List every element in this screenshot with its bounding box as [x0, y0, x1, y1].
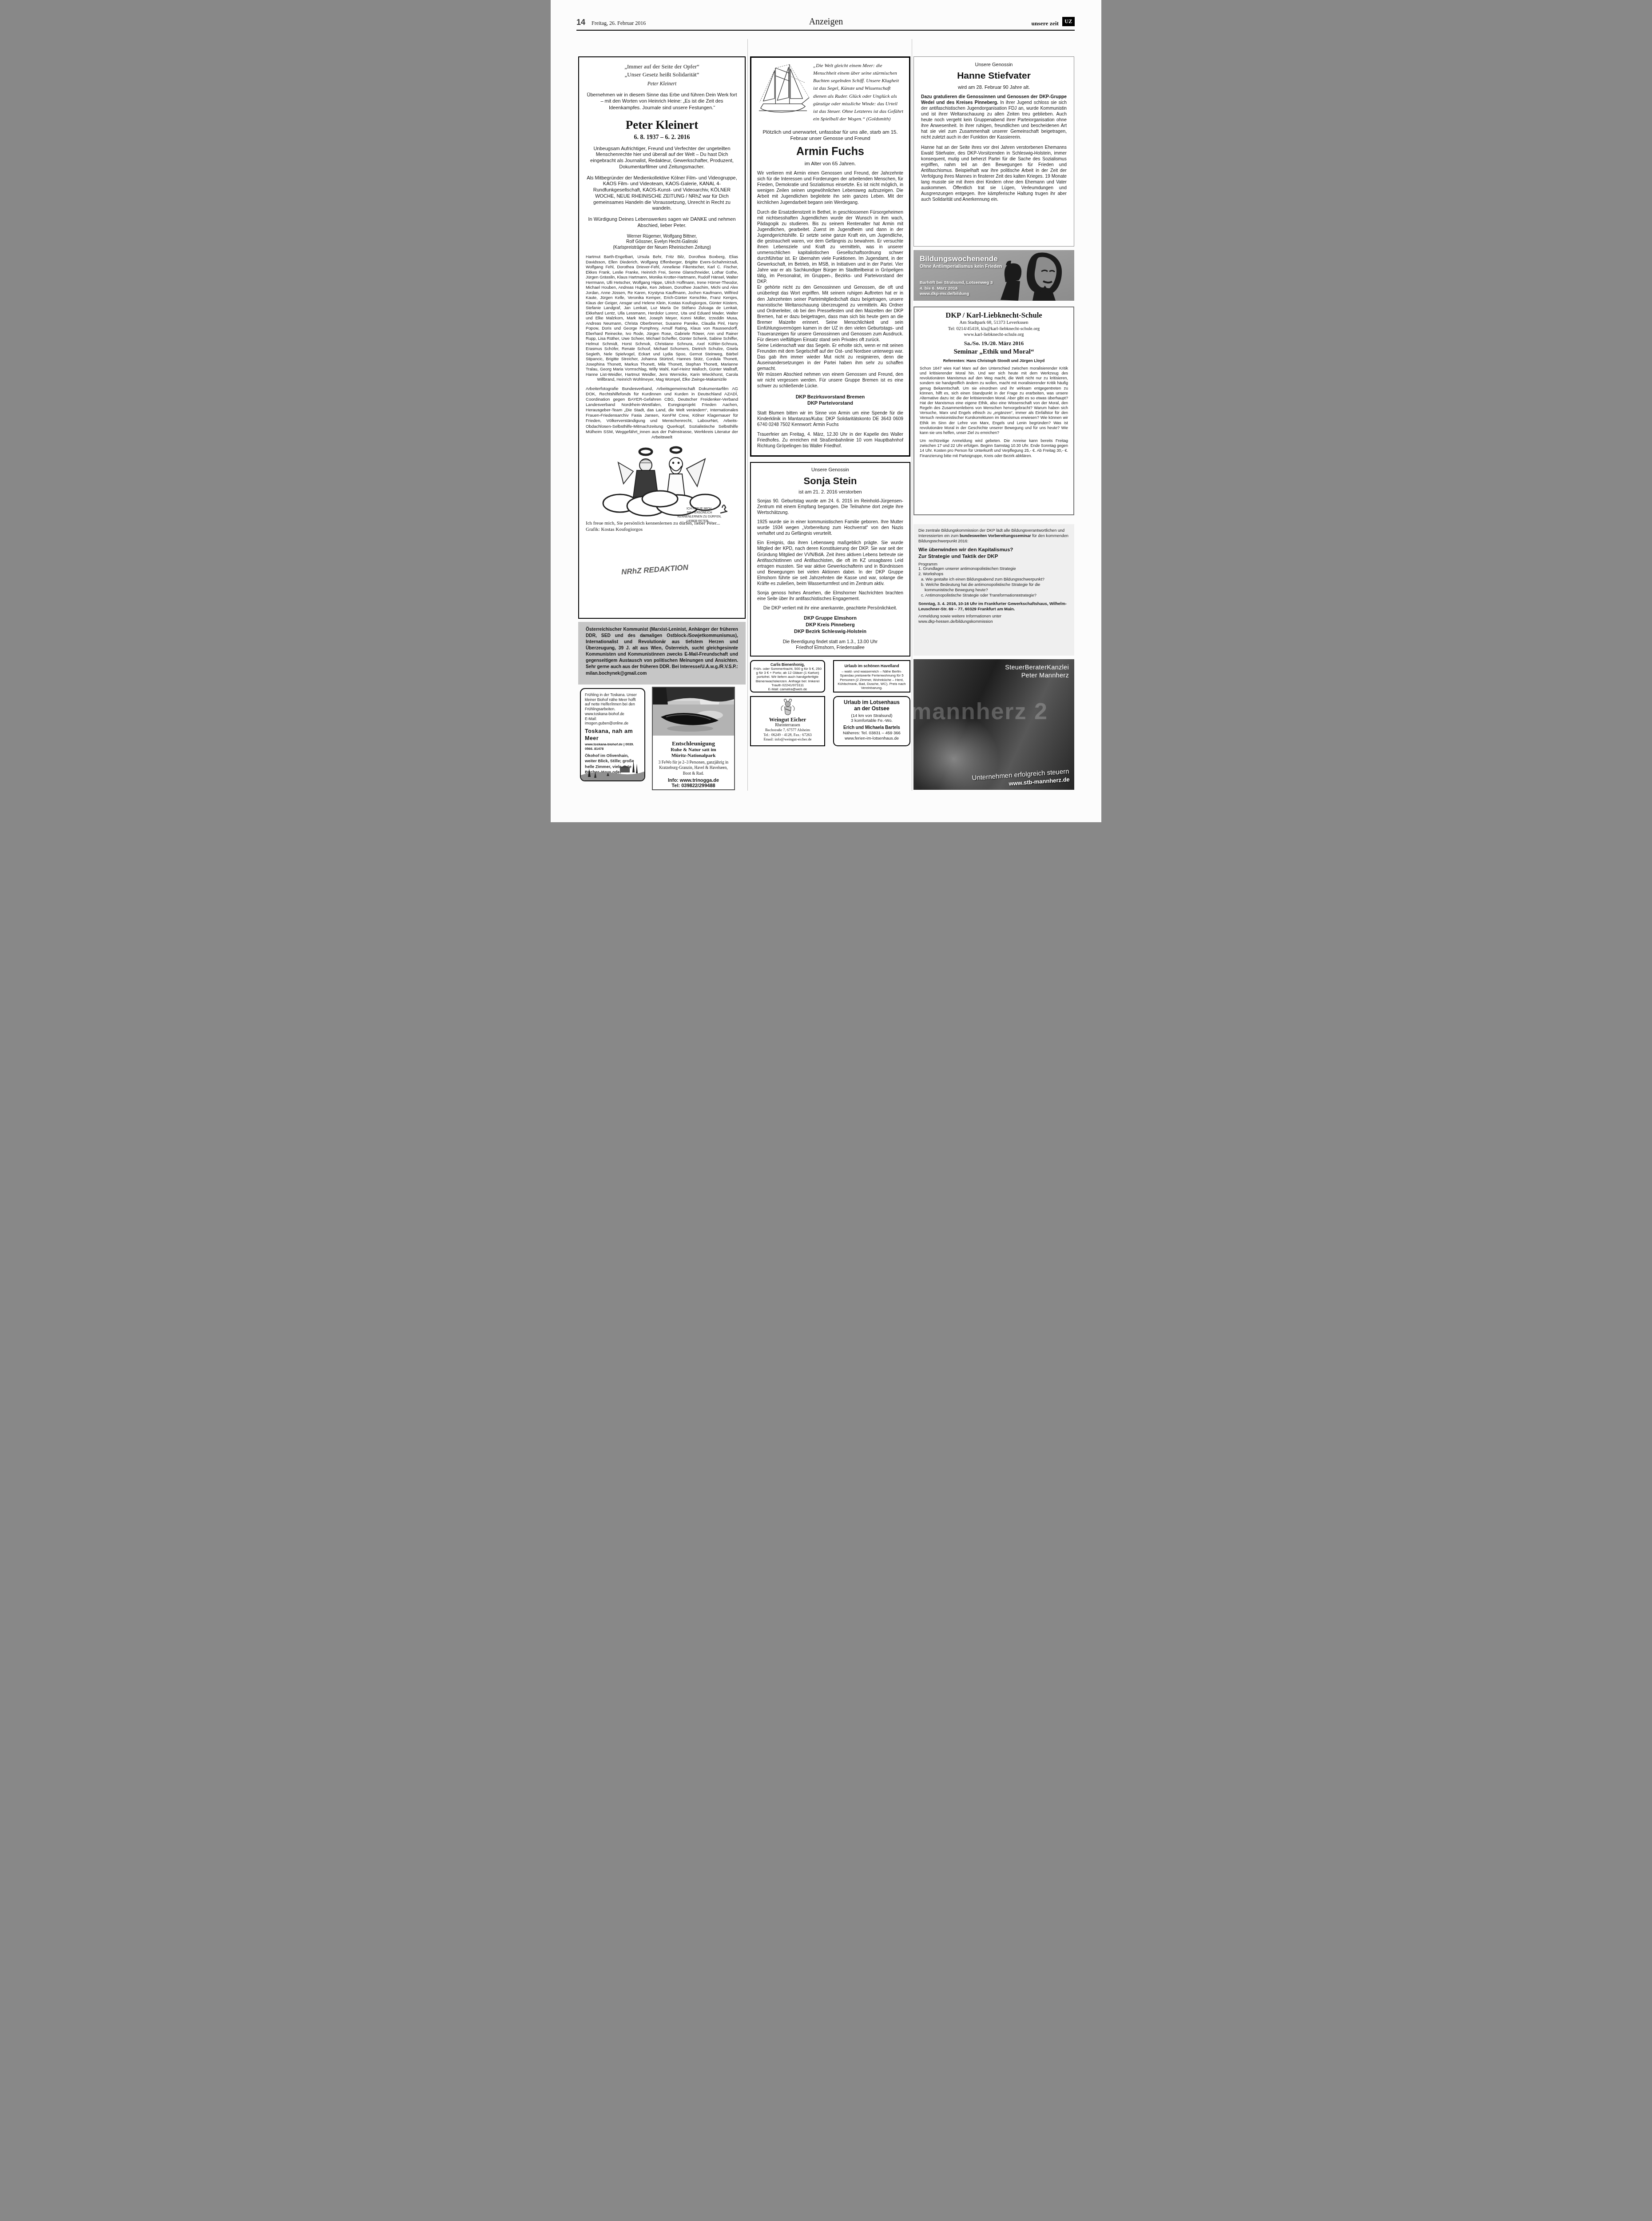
banner-url: www.dkp-mv.de/bildung: [920, 291, 993, 297]
birthday-notice-hanne-stiefvater: Unsere Genossin Hanne Stiefvater wird am…: [913, 56, 1074, 247]
contact-ad-text: Österreichischer Kommunist (Marxist-Leni…: [586, 627, 738, 677]
winery-ad: Weingut Eicher Rheinterrassen Bachstraße…: [750, 696, 825, 746]
banner-title: Bildungswochenende: [920, 255, 1002, 263]
toskana-web: www.toskana-biohof.de: [585, 712, 640, 716]
obituary-quote: „Immer auf der Seite der Opfer“: [586, 63, 738, 71]
signature-line: DKP Bezirk Schleswig-Holstein: [757, 629, 903, 635]
goldsmith-quote: „Die Welt gleicht einem Meer: die Mensch…: [813, 62, 903, 123]
kls-registration-info: Um rechtzeitige Anmeldung wird gebeten. …: [920, 438, 1068, 458]
cloud-label: NRhZ REDAKTION: [621, 563, 688, 577]
obituary-quote: „Unser Gesetz heißt Solidarität“: [586, 71, 738, 79]
brand-name: unsere zeit: [1031, 20, 1059, 27]
newspaper-page: 14 Freitag, 26. Februar 2016 Anzeigen un…: [551, 0, 1101, 822]
funeral-note: Die Beerdigung findet statt am 1.3., 13.…: [757, 639, 903, 651]
mueritz-tel: Tel: 039822/299488: [653, 783, 734, 788]
havelland-ad: Urlaub im schönen Havelland – wald- und …: [833, 660, 910, 693]
banner-date: 4. bis 6. März 2016: [920, 286, 993, 292]
kls-seminar-title: Seminar „Ethik und Moral“: [920, 348, 1068, 356]
honey-ad-title: Carlis Bienenhonig,: [754, 663, 822, 667]
lotsenhaus-web: www.ferien-im-lotsenhaus.de: [837, 736, 906, 741]
signatories-names-list: Hartmut Barth-Engelbart, Ursula Behr, Fr…: [586, 255, 738, 382]
havelland-tel: Näheres Tel./Fax: 033 231/60661: [837, 692, 906, 693]
signature-line: DKP Parteivorstand: [757, 400, 903, 406]
winery-tel: Tel.: 06249 - 4128, Fax.: 67263: [753, 732, 822, 737]
bildung-anmeldung-url: www.dkp-hessen.de/bildungskommission: [918, 619, 993, 624]
havelland-body: – wald- und wasserreich – Nähe Berlin-Sp…: [837, 669, 906, 690]
uz-logo-icon: UZ: [1062, 17, 1075, 26]
mueritz-ad: Entschleunigung Ruhe & Natur satt im Mür…: [652, 687, 735, 790]
mueritz-subtitle: Ruhe & Natur satt im: [653, 747, 734, 753]
obituary-paragraph: Durch die Ersatzdienstzeit in Bethel, in…: [757, 210, 903, 285]
header-rule: [576, 30, 1075, 31]
obituary-paragraph: Er gehörte nicht zu den Genossinnen und …: [757, 285, 903, 343]
bildung-date-location: Sonntag, 3. 4. 2016, 10-16 Uhr im Frankf…: [918, 601, 1069, 612]
obituary-intro: Übernehmen wir in diesem Sinne das Erbe …: [586, 92, 738, 111]
celebrant-name: Hanne Stiefvater: [921, 71, 1067, 81]
havelland-title: Urlaub im schönen Havelland: [837, 664, 906, 668]
notice-super: Unsere Genossin: [921, 62, 1067, 68]
toskana-intro: Frühling in der Toskana. Unser kleiner B…: [585, 693, 640, 712]
obituary-paragraph: Ein Ereignis, das ihren Lebensweg maßgeb…: [757, 540, 903, 587]
signatories-organisations: Arbeiterfotografie Bundesverband, Arbeit…: [586, 386, 738, 440]
winery-email: Email: info@weingut-eicher.de: [753, 737, 822, 742]
mueritz-subtitle: Müritz-Nationalpark: [653, 753, 734, 759]
bildung-intro-bold: bundesweiten Vorbereitungsseminar: [960, 533, 1031, 538]
lotsenhaus-title: Urlaub im Lotsenhaus: [837, 700, 906, 706]
deceased-name: Sonja Stein: [757, 475, 903, 487]
lotsenhaus-line: 3 komfortable Fe.-Wo.: [837, 718, 906, 723]
program-item: 2. Workshops: [918, 572, 1069, 577]
winery-sub: Rheinterrassen: [753, 723, 822, 728]
toskana-email: E-Mail: imogen.guben@online.de: [585, 716, 640, 726]
caption-credit: Grafik: Kostas Koufogiorgos: [586, 527, 643, 532]
obituary-armin-fuchs: „Die Welt gleicht einem Meer: die Mensch…: [750, 56, 910, 457]
winery-address: Bachstraße 7, 67577 Alsheim: [753, 728, 822, 732]
program-subitem: a. Wie gestalte ich einen Bildungsabend …: [918, 577, 1069, 582]
signature-line: DKP Bezirksvorstand Bremen: [757, 394, 903, 400]
obituary-intro: Plötzlich und unerwartet, unfassbar für …: [757, 129, 903, 142]
signature-line: DKP Gruppe Elmshorn: [757, 615, 903, 622]
honey-ad-body: Früh- oder Sommertracht, 500 g für 5 €, …: [754, 667, 822, 687]
watermark-text: mannherz 2: [913, 698, 1048, 725]
age-line: im Alter von 65 Jahren.: [757, 161, 903, 167]
kls-address: Am Stadtpark 68, 51373 Leverkusen: [920, 320, 1068, 326]
obituary-sonja-stein: Unsere Genossin Sonja Stein ist am 21. 2…: [750, 462, 910, 657]
kls-web: www.karl-liebknecht-schule.org: [920, 332, 1068, 338]
contact-ad-austrian-communist: Österreichischer Kommunist (Marxist-Leni…: [578, 622, 746, 685]
deceased-name: Peter Kleinert: [586, 118, 738, 132]
life-dates: 6. 8. 1937 – 6. 2. 2016: [586, 134, 738, 141]
notice-paragraph: Hanne hat an der Seite ihres vor drei Ja…: [921, 145, 1067, 203]
lotsenhaus-tel: Näheres: Tel. 03831 – 459 366: [837, 731, 906, 736]
obituary-paragraph: Seine Leidenschaft war das Segeln. Er er…: [757, 343, 903, 372]
kanzlei-owner: Peter Mannherz: [1005, 672, 1069, 680]
obituary-super: Unsere Genossin: [757, 467, 903, 473]
bildungskommission-notice: Die zentrale Bildungskommission der DKP …: [913, 524, 1074, 656]
honey-ad: Carlis Bienenhonig, Früh- oder Sommertra…: [750, 660, 825, 693]
death-date-line: ist am 21. 2. 2016 verstorben: [757, 490, 903, 495]
funeral-note: Trauerfeier am Freitag, 4. März, 12.30 U…: [757, 432, 903, 449]
winery-crest-icon: [778, 698, 798, 716]
obituary-paragraph: 1925 wurde sie in einer kommunistischen …: [757, 519, 903, 537]
toskana-subline: www.toskana-biohof.de | 0039. 0566. 8147…: [585, 742, 640, 751]
kanzlei-name: SteuerBeraterKanzlei: [1005, 664, 1069, 672]
obituary-peter-kleinert: „Immer auf der Seite der Opfer“ „Unser G…: [578, 56, 746, 619]
lotsenhaus-line: (14 km von Stralsund): [837, 713, 906, 718]
tax-consultant-ad: mannherz 2 SteuerBeraterKanzlei Peter Ma…: [913, 659, 1074, 790]
angels-on-cloud-illustration: [589, 443, 735, 517]
lotsenhaus-names: Erich und Michaela Bartels: [837, 725, 906, 730]
program-item: 1. Grundlagen unserer antimonopolistisch…: [918, 566, 1069, 572]
tuscany-landscape-icon: [581, 760, 644, 780]
obituary-paragraph: Sonja genoss hohes Ansehen, die Elmshorn…: [757, 590, 903, 602]
kls-date: Sa./So. 19./20. März 2016: [920, 340, 1068, 347]
program-subitem: b. Welche Bedeutung hat die antimonopoli…: [918, 582, 1069, 593]
obituary-paragraph: In Würdigung Deines Lebenswerkes sagen w…: [586, 217, 738, 229]
angel-cartoon: ICH FREUE MICH, SIE PERSÖNLICH KENNENLER…: [586, 443, 738, 520]
lake-canoe-photo: [653, 688, 734, 736]
honey-ad-email: E-Mail: camatra@web.de: [754, 687, 822, 691]
birthday-line: wird am 28. Februar 90 Jahre alt.: [921, 85, 1067, 90]
kls-referenten: Referenten: Hans Christoph Stoodt und Jü…: [920, 358, 1068, 363]
kls-title: DKP / Karl-Liebknecht-Schule: [920, 311, 1068, 320]
bildung-heading: Zur Strategie und Taktik der DKP: [918, 553, 1069, 560]
signature-line: DKP Kreis Pinneberg: [757, 622, 903, 629]
obituary-paragraph: Unbeugsam Aufrichtiger, Freund und Verfe…: [586, 146, 738, 171]
kls-contact: Tel: 0214/45418, kls@karl-liebknecht-sch…: [920, 326, 1068, 332]
lotsenhaus-ad: Urlaub im Lotsenhaus an der Ostsee (14 k…: [833, 696, 910, 746]
mueritz-title: Entschleunigung: [653, 740, 734, 747]
program-subitem: c. Antimonopolistische Strategie oder Tr…: [918, 593, 1069, 598]
banner-location: Barhöft bei Stralsund, Lotsenweg 3: [920, 280, 993, 286]
toskana-headline: Toskana, nah am Meer: [585, 728, 640, 742]
obituary-paragraph: Als Mitbegründer der Medienkollektive Kö…: [586, 175, 738, 212]
bildung-heading: Wie überwinden wir den Kapitalismus?: [918, 547, 1069, 553]
obituary-paragraph: Wir verlieren mit Armin einen Genossen u…: [757, 171, 903, 205]
deceased-name: Armin Fuchs: [757, 145, 903, 158]
section-title: Anzeigen: [551, 17, 1101, 27]
winery-name: Weingut Eicher: [753, 716, 822, 723]
donation-note: Statt Blumen bitten wir im Sinne von Arm…: [757, 410, 903, 428]
mueritz-info: Info: www.trinogga.de: [653, 778, 734, 783]
mueritz-body: 3 FeWo für je 2–3 Personen, ganzjährig i…: [653, 760, 734, 776]
bildung-anmeldung: Anmeldung sowie weitere Informationen un…: [918, 614, 1001, 618]
kls-seminar-ad: DKP / Karl-Liebknecht-Schule Am Stadtpar…: [913, 306, 1074, 515]
toskana-ad: Frühling in der Toskana. Unser kleiner B…: [580, 688, 645, 781]
sailing-ship-illustration: [757, 62, 810, 125]
obituary-paragraph: Sonjas 90. Geburtstag wurde am 24. 6. 20…: [757, 498, 903, 516]
banner-subtitle: Ohne Antiimperialismus kein Frieden: [920, 264, 1002, 269]
speech-bubble-text: ICH FREUE MICH, SIE PERSÖNLICH KENNENLER…: [673, 507, 726, 523]
notice-paragraph: In ihrer Jugend schloss sie sich der ant…: [921, 100, 1067, 140]
column-separator: [912, 39, 912, 791]
column-separator: [747, 39, 748, 791]
signatories-main: Werner Rügemer, Wolfgang Bittner, Rolf G…: [586, 234, 738, 251]
kls-description: Schon 1847 wies Karl Marx auf den Unters…: [920, 366, 1068, 435]
lotsenhaus-title: an der Ostsee: [837, 706, 906, 712]
program-label: Programm: [918, 562, 1069, 566]
obituary-paragraph: Wir müssen Abschied nehmen von einem Gen…: [757, 372, 903, 389]
bildungswochenende-banner: Bildungswochenende Ohne Antiimperialismu…: [913, 250, 1074, 301]
quote-attribution: Peter Kleinert: [586, 81, 738, 87]
obituary-paragraph: Die DKP verliert mit ihr eine anerkannte…: [757, 605, 903, 611]
